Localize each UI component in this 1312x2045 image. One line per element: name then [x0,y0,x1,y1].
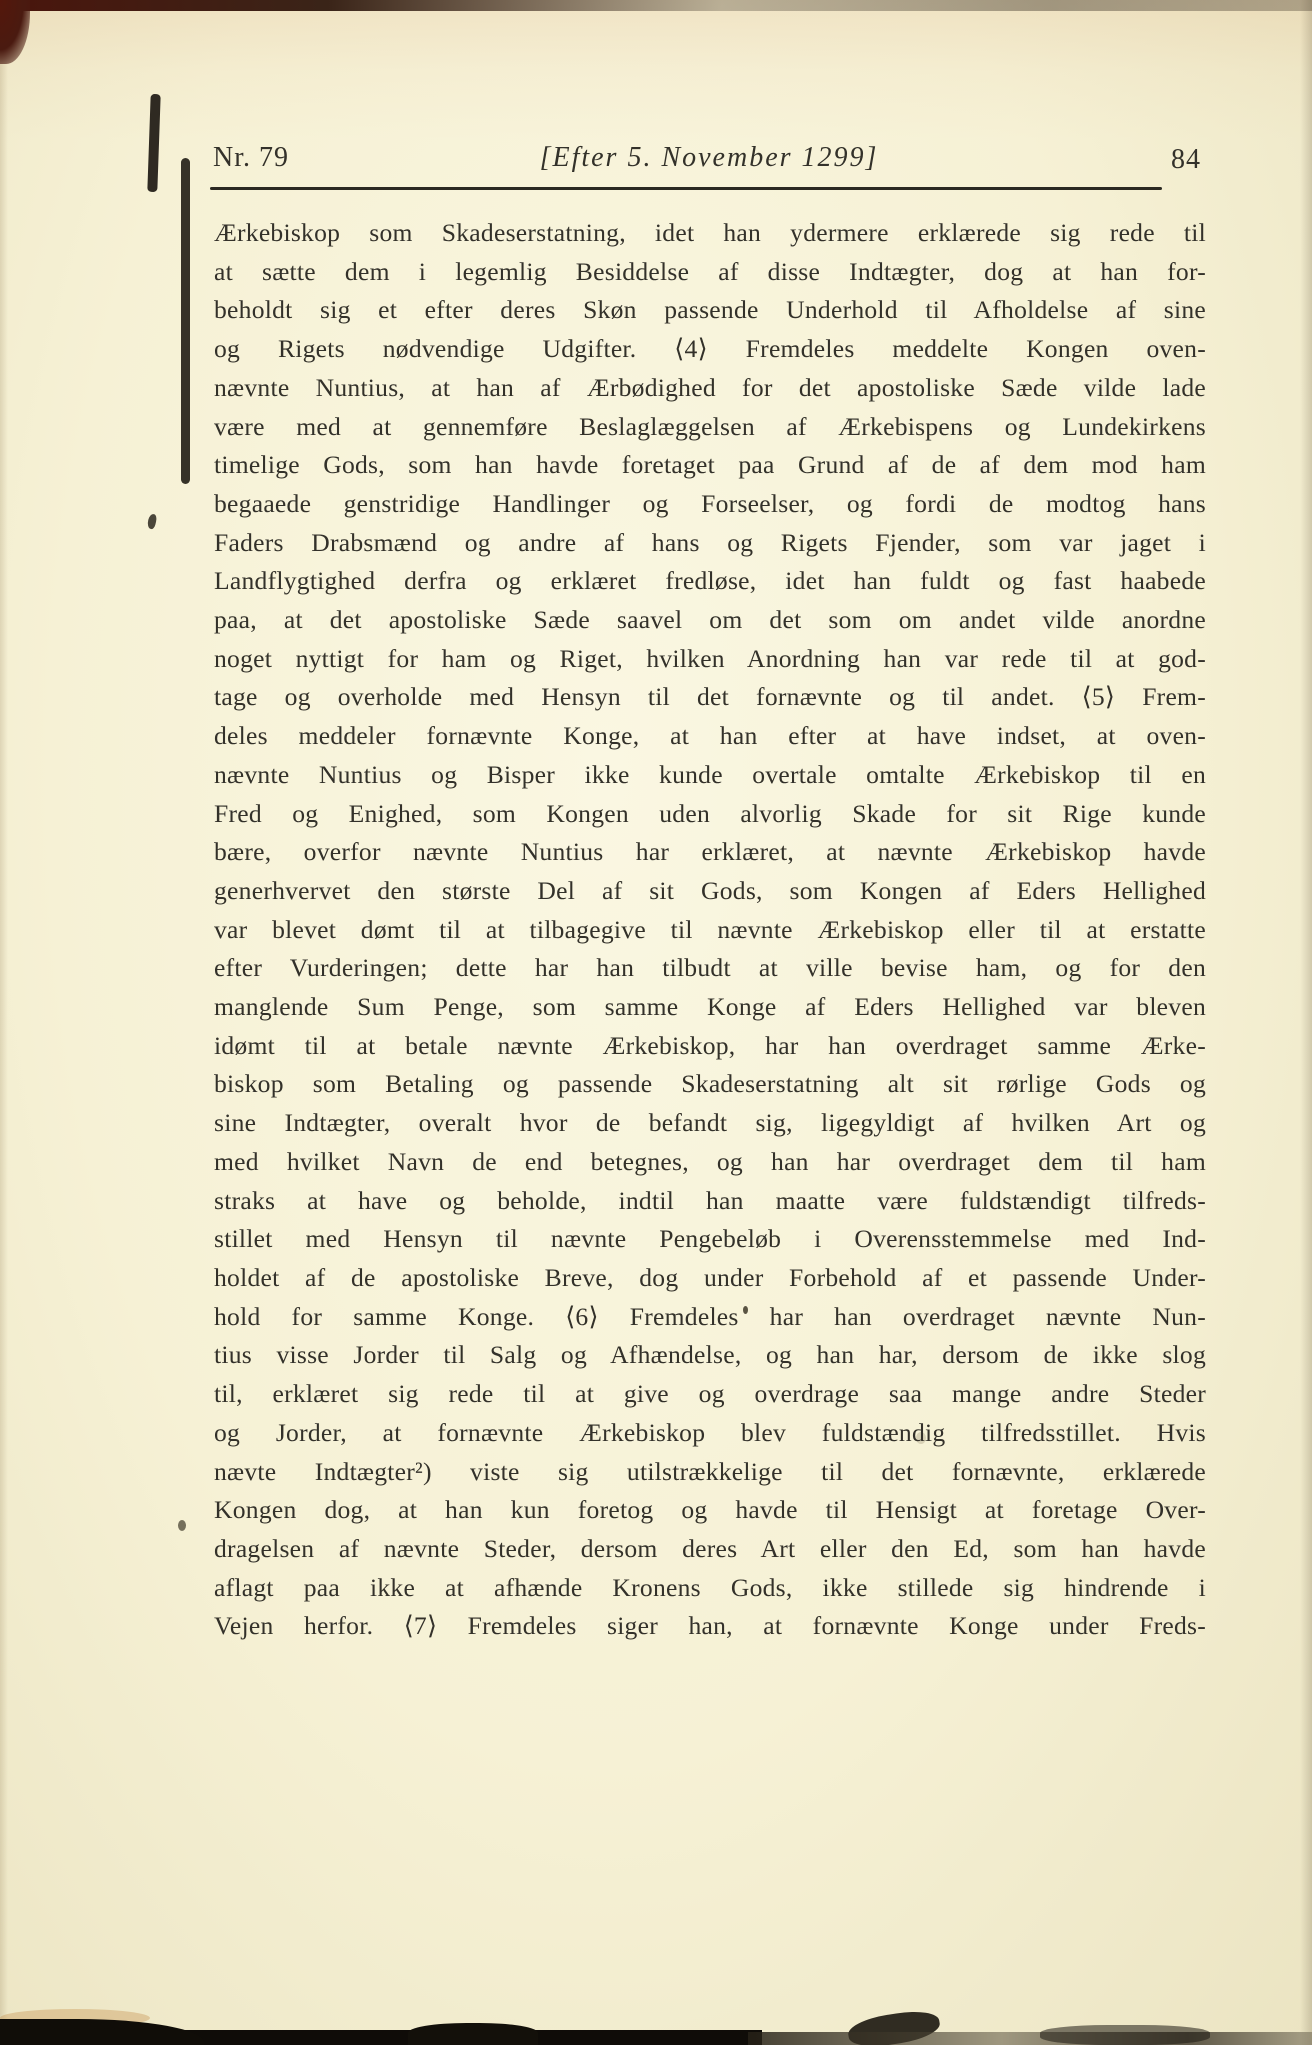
scan-edge-bottom [0,2013,1312,2045]
text-line: til, erklæret sig rede til at give og ov… [214,1375,1206,1414]
text-line: Faders Drabsmænd og andre af hans og Rig… [214,524,1206,563]
scan-edge-shape [0,2030,762,2045]
header-divider-rule [210,187,1162,190]
text-line: Kongen dog, at han kun foretog og havde … [214,1491,1206,1530]
scan-edge-shape [408,2023,538,2045]
scan-scratch-line [147,94,160,192]
scanned-page: Nr. 79 [Efter 5. November 1299] 84 Ærkeb… [0,0,1312,2045]
ink-fleck [146,513,157,529]
paper-edge-shadow-right [1300,0,1312,2045]
text-line: dragelsen af nævnte Steder, dersom deres… [214,1530,1206,1569]
text-line: Vejen herfor. ⟨7⟩ Fremdeles siger han, a… [214,1607,1206,1646]
text-line: timelige Gods, som han havde foretaget p… [214,446,1206,485]
document-date-heading: [Efter 5. November 1299] [540,142,879,174]
page-header: Nr. 79 [Efter 5. November 1299] 84 [213,136,1205,180]
text-line: straks at have og beholde, indtil han ma… [214,1182,1206,1221]
page-number: 84 [1171,144,1201,176]
text-line: nævte Indtægter²) viste sig utilstrækkel… [214,1453,1206,1492]
paper-edge-glow [0,2009,150,2027]
scan-scratch-line [181,158,190,484]
text-line: være med at gennemføre Beslaglæggelsen a… [214,408,1206,447]
text-line: var blevet dømt til at tilbagegive til n… [214,911,1206,950]
text-line: nævnte Nuntius og Bisper ikke kunde over… [214,756,1206,795]
text-line: bære, overfor nævnte Nuntius har erklære… [214,833,1206,872]
scan-stain-top-left [0,0,30,64]
scan-edge-top [0,0,1312,11]
text-line: beholdt sig et efter deres Skøn passende… [214,291,1206,330]
text-line: manglende Sum Penge, som samme Konge af … [214,988,1206,1027]
text-line: med hvilket Navn de end betegnes, og han… [214,1143,1206,1182]
text-line: og Jorder, at fornævnte Ærkebiskop blev … [214,1414,1206,1453]
text-line: aflagt paa ikke at afhænde Kronens Gods,… [214,1569,1206,1608]
text-line: deles meddeler fornævnte Konge, at han e… [214,717,1206,756]
text-line: holdet af de apostoliske Breve, dog unde… [214,1259,1206,1298]
text-line: tius visse Jorder til Salg og Afhændelse… [214,1336,1206,1375]
text-line: hold for samme Konge. ⟨6⟩ Fremdeles har … [214,1298,1206,1337]
document-number: Nr. 79 [213,142,289,174]
scan-edge-shape [748,2032,1312,2045]
text-line: sine Indtægter, overalt hvor de befandt … [214,1104,1206,1143]
text-line: at sætte dem i legemlig Besiddelse af di… [214,253,1206,292]
text-line: begaaede genstridige Handlinger og Forse… [214,485,1206,524]
scan-edge-shape [0,2019,204,2045]
scan-edge-shape [846,2007,942,2045]
text-line: nævnte Nuntius, at han af Ærbødighed for… [214,369,1206,408]
text-line: og Rigets nødvendige Udgifter. ⟨4⟩ Fremd… [214,330,1206,369]
body-text: Ærkebiskop som Skadeserstatning, idet ha… [214,214,1206,1646]
paper-edge-shadow-left [0,0,8,2045]
text-line: biskop som Betaling og passende Skadeser… [214,1065,1206,1104]
ink-fleck [178,1520,186,1531]
text-line: Ærkebiskop som Skadeserstatning, idet ha… [214,214,1206,253]
scan-edge-shape [1040,2025,1210,2045]
text-line: idømt til at betale nævnte Ærkebiskop, h… [214,1027,1206,1066]
text-line: generhvervet den største Del af sit Gods… [214,872,1206,911]
text-line: tage og overholde med Hensyn til det for… [214,678,1206,717]
text-line: Fred og Enighed, som Kongen uden alvorli… [214,795,1206,834]
text-line: stillet med Hensyn til nævnte Pengebeløb… [214,1220,1206,1259]
text-line: efter Vurderingen; dette har han tilbudt… [214,949,1206,988]
text-line: Landflygtighed derfra og erklæret fredlø… [214,562,1206,601]
text-line: noget nyttigt for ham og Riget, hvilken … [214,640,1206,679]
text-line: paa, at det apostoliske Sæde saavel om d… [214,601,1206,640]
